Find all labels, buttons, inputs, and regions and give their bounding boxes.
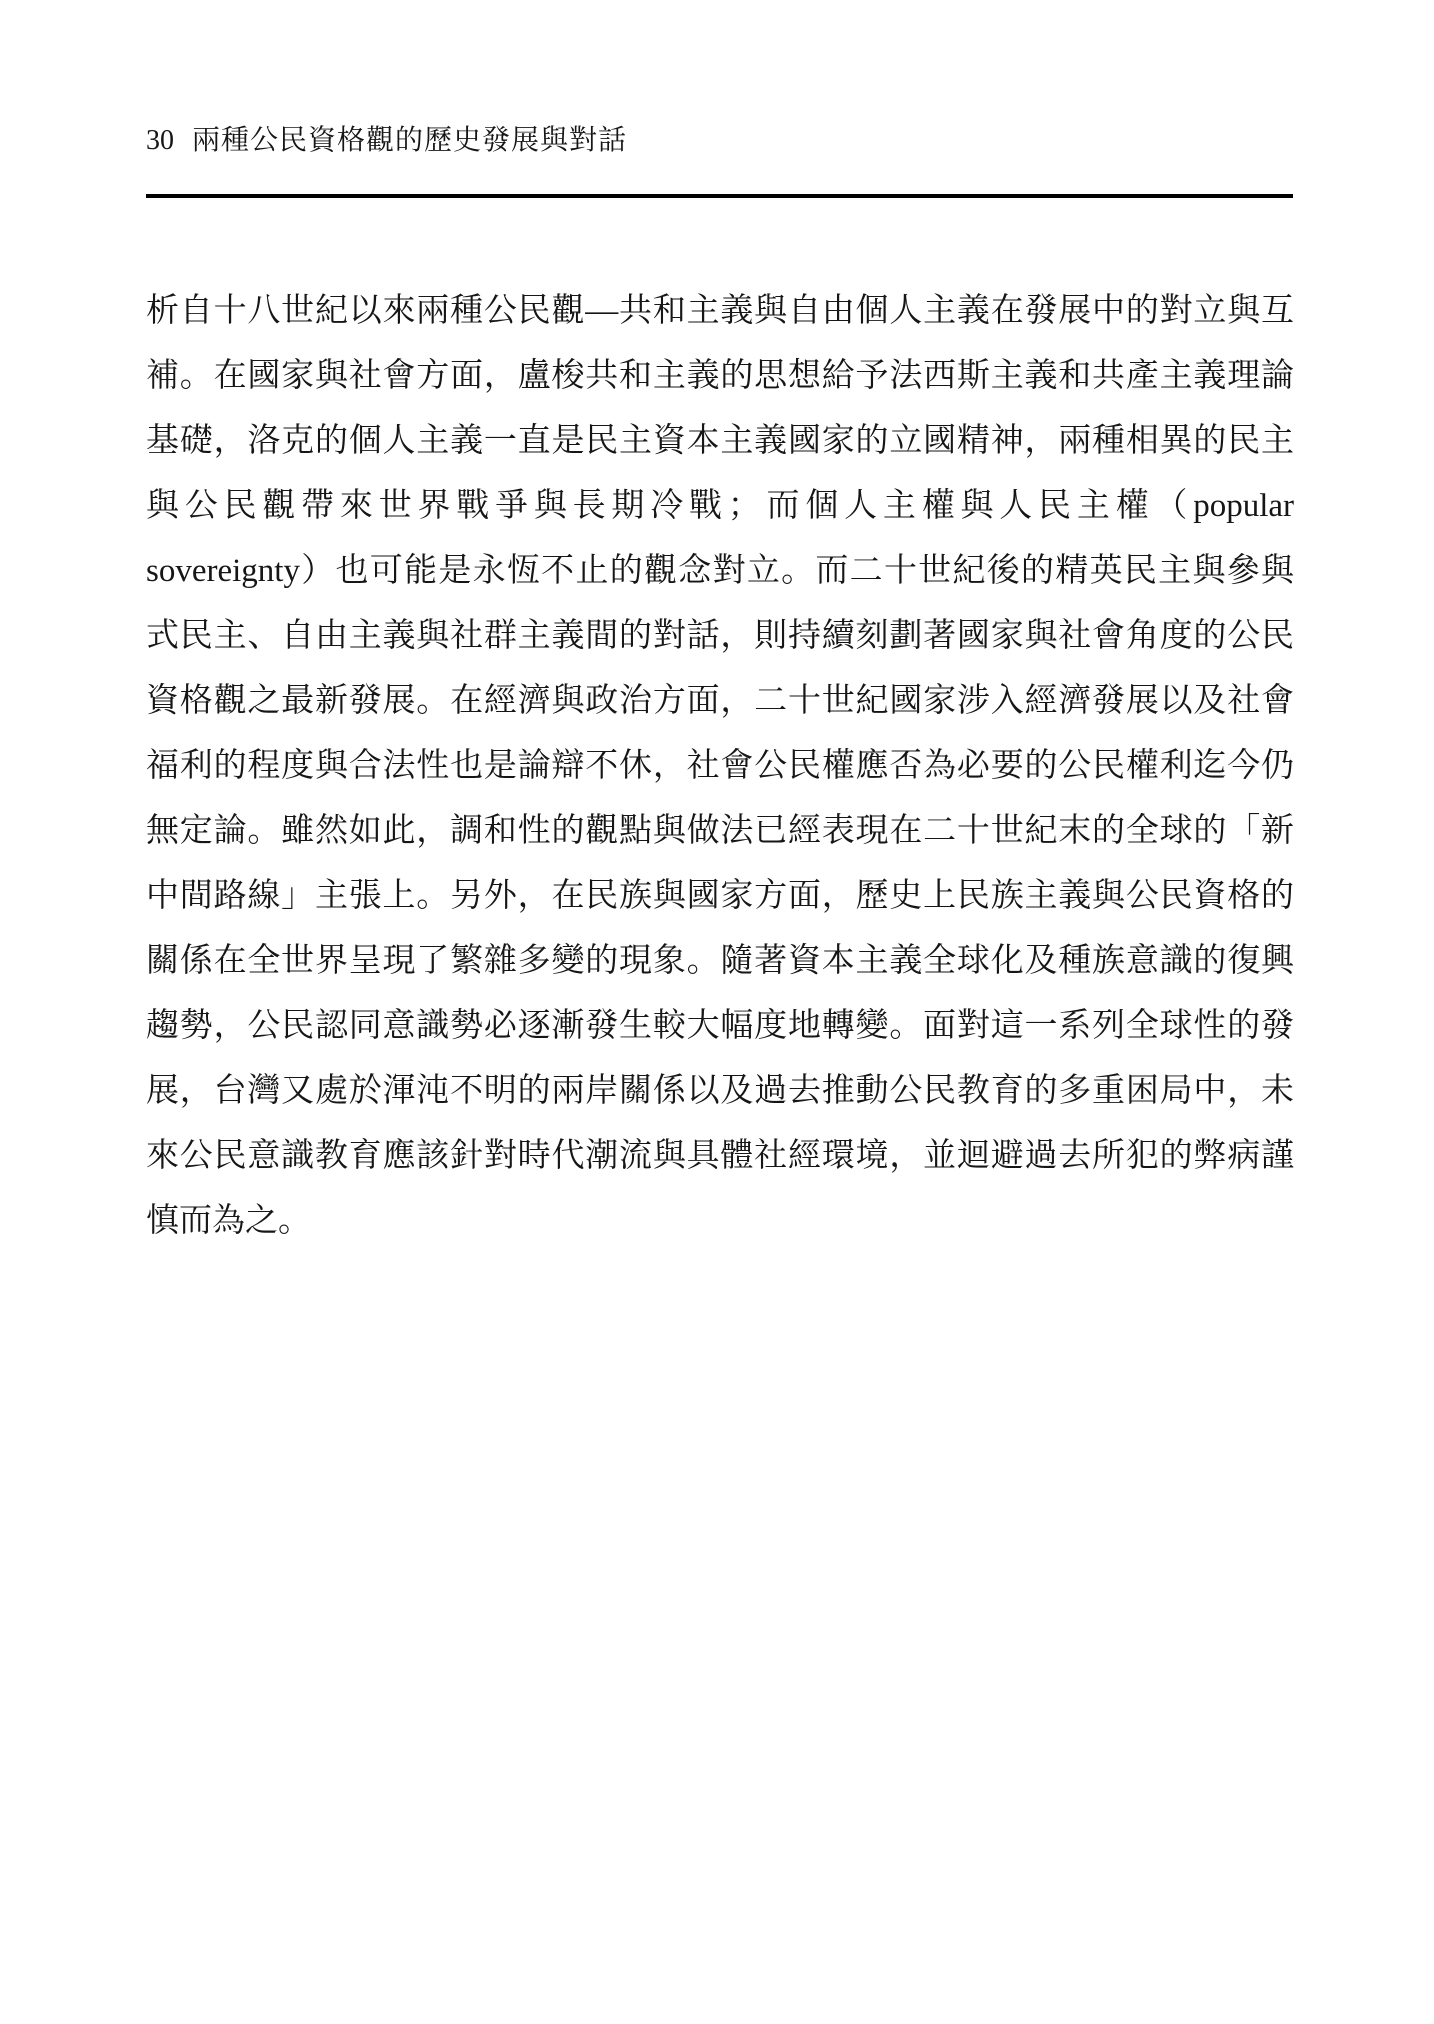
text-line: sovereignty）也可能是永恆不止的觀念對立。而二十世紀後的精英民主與參與 <box>146 539 1294 604</box>
text-line: 趨勢，公民認同意識勢必逐漸發生較大幅度地轉變。面對這一系列全球性的發 <box>146 994 1294 1059</box>
text-line: 析自十八世紀以來兩種公民觀—共和主義與自由個人主義在發展中的對立與互 <box>146 279 1294 344</box>
text-line: 與公民觀帶來世界戰爭與長期冷戰；而個人主權與人民主權（popular <box>146 474 1294 539</box>
text-line: 展，台灣又處於渾沌不明的兩岸關係以及過去推動公民教育的多重困局中，未 <box>146 1059 1294 1124</box>
text-line: 基礎，洛克的個人主義一直是民主資本主義國家的立國精神，兩種相異的民主 <box>146 409 1294 474</box>
text-line: 補。在國家與社會方面，盧梭共和主義的思想給予法西斯主義和共產主義理論 <box>146 344 1294 409</box>
document-page: 30兩種公民資格觀的歷史發展與對話 析自十八世紀以來兩種公民觀—共和主義與自由個… <box>0 0 1434 2024</box>
header-divider-rule <box>146 194 1293 198</box>
text-line: 式民主、自由主義與社群主義間的對話，則持續刻劃著國家與社會角度的公民 <box>146 604 1294 669</box>
body-paragraph: 析自十八世紀以來兩種公民觀—共和主義與自由個人主義在發展中的對立與互 補。在國家… <box>146 279 1294 1254</box>
text-line: 關係在全世界呈現了繁雜多變的現象。隨著資本主義全球化及種族意識的復興 <box>146 929 1294 994</box>
text-line: 無定論。雖然如此，調和性的觀點與做法已經表現在二十世紀末的全球的「新 <box>146 799 1294 864</box>
text-line: 慎而為之。 <box>146 1189 1294 1254</box>
running-title: 兩種公民資格觀的歷史發展與對話 <box>192 125 627 156</box>
text-line: 來公民意識教育應該針對時代潮流與具體社經環境，並迴避過去所犯的弊病謹 <box>146 1124 1294 1189</box>
text-line: 中間路線」主張上。另外，在民族與國家方面，歷史上民族主義與公民資格的 <box>146 864 1294 929</box>
page-number: 30 <box>146 121 174 161</box>
running-header: 30兩種公民資格觀的歷史發展與對話 <box>146 121 1294 161</box>
text-line: 資格觀之最新發展。在經濟與政治方面，二十世紀國家涉入經濟發展以及社會 <box>146 669 1294 734</box>
text-line: 福利的程度與合法性也是論辯不休，社會公民權應否為必要的公民權利迄今仍 <box>146 734 1294 799</box>
